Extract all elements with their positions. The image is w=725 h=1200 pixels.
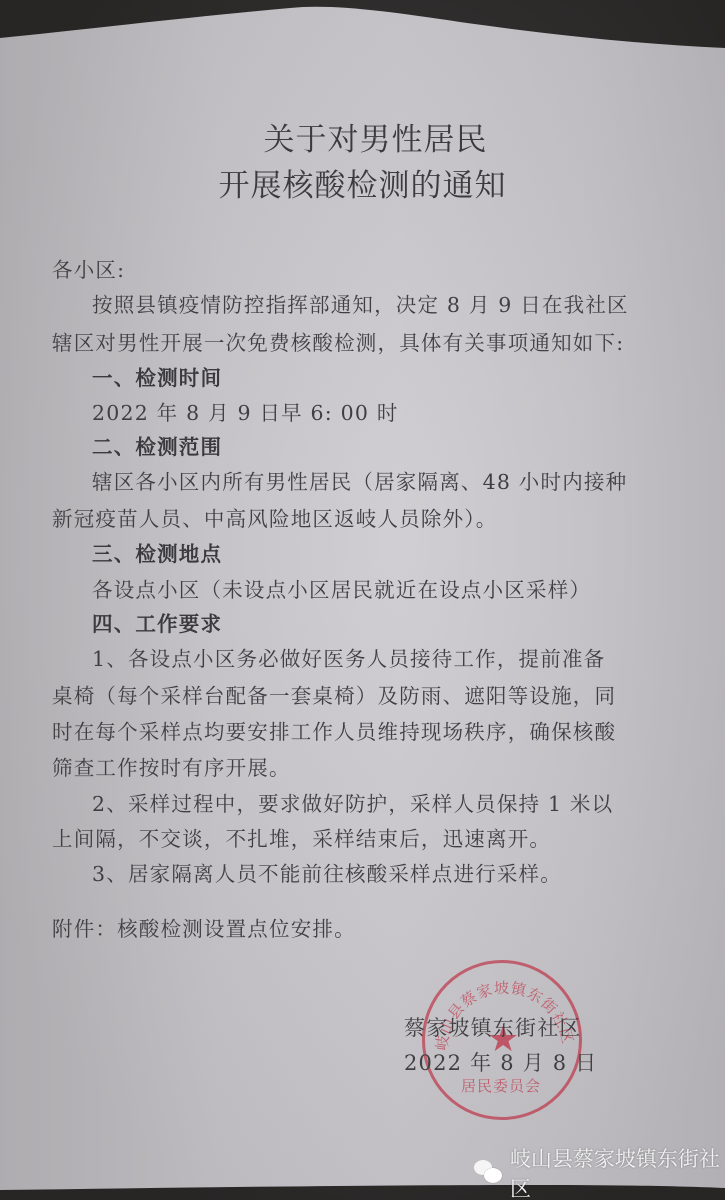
salutation: 各小区:: [52, 253, 125, 283]
section-heading-requirements: 四、工作要求: [92, 607, 222, 637]
section-heading-time: 一、检测时间: [92, 361, 222, 391]
signature-organization: 蔡家坡镇东街社区: [404, 1012, 582, 1042]
requirement-2-line-2: 上间隔，不交谈，不扎堆，采样结束后，迅速离开。: [52, 822, 551, 852]
wechat-icon: [474, 1160, 502, 1186]
requirement-1-line-1: 1、各设点小区务必做好医务人员接待工作，提前准备: [92, 642, 605, 672]
section-scope-line-2: 新冠疫苗人员、中高风险地区返岐人员除外）。: [52, 502, 497, 532]
wechat-watermark: 岐山县蔡家坡镇东街社区: [474, 1158, 725, 1188]
section-heading-scope: 二、检测范围: [92, 430, 222, 460]
attachment-note: 附件：核酸检测设置点位安排。: [52, 912, 356, 942]
requirement-1-line-4: 筛查工作按时有序开展。: [52, 751, 291, 781]
intro-line-2: 辖区对男性开展一次免费核酸检测，具体有关事项通知如下:: [52, 326, 624, 356]
intro-line-1: 按照县镇疫情防控指挥部通知，决定 8 月 9 日在我社区: [92, 288, 629, 318]
section-scope-line-1: 辖区各小区内所有男性居民（居家隔离、48 小时内接种: [92, 465, 627, 495]
signature-date: 2022 年 8 月 8 日: [404, 1047, 597, 1077]
seal-bottom-text: 居民委员会: [461, 1075, 541, 1096]
watermark-text: 岐山县蔡家坡镇东街社区: [510, 1143, 725, 1200]
section-location-text: 各设点小区（未设点小区居民就近在设点小区采样）: [92, 573, 591, 603]
section-heading-location: 三、检测地点: [92, 537, 222, 567]
section-time-text: 2022 年 8 月 9 日早 6: 00 时: [92, 396, 399, 426]
document-title-line2: 开展核酸检测的通知: [0, 160, 725, 205]
document-title-line1: 关于对男性居民: [0, 114, 725, 159]
requirement-2-line-1: 2、采样过程中，要求做好防护，采样人员保持 1 米以: [92, 787, 613, 817]
requirement-1-line-3: 时在每个采样点均要安排工作人员维持现场秩序，确保核酸: [52, 715, 616, 745]
requirement-3: 3、居家隔离人员不能前往核酸采样点进行采样。: [92, 857, 562, 887]
requirement-1-line-2: 桌椅（每个采样台配备一套桌椅）及防雨、遮阳等设施，同: [52, 679, 616, 709]
